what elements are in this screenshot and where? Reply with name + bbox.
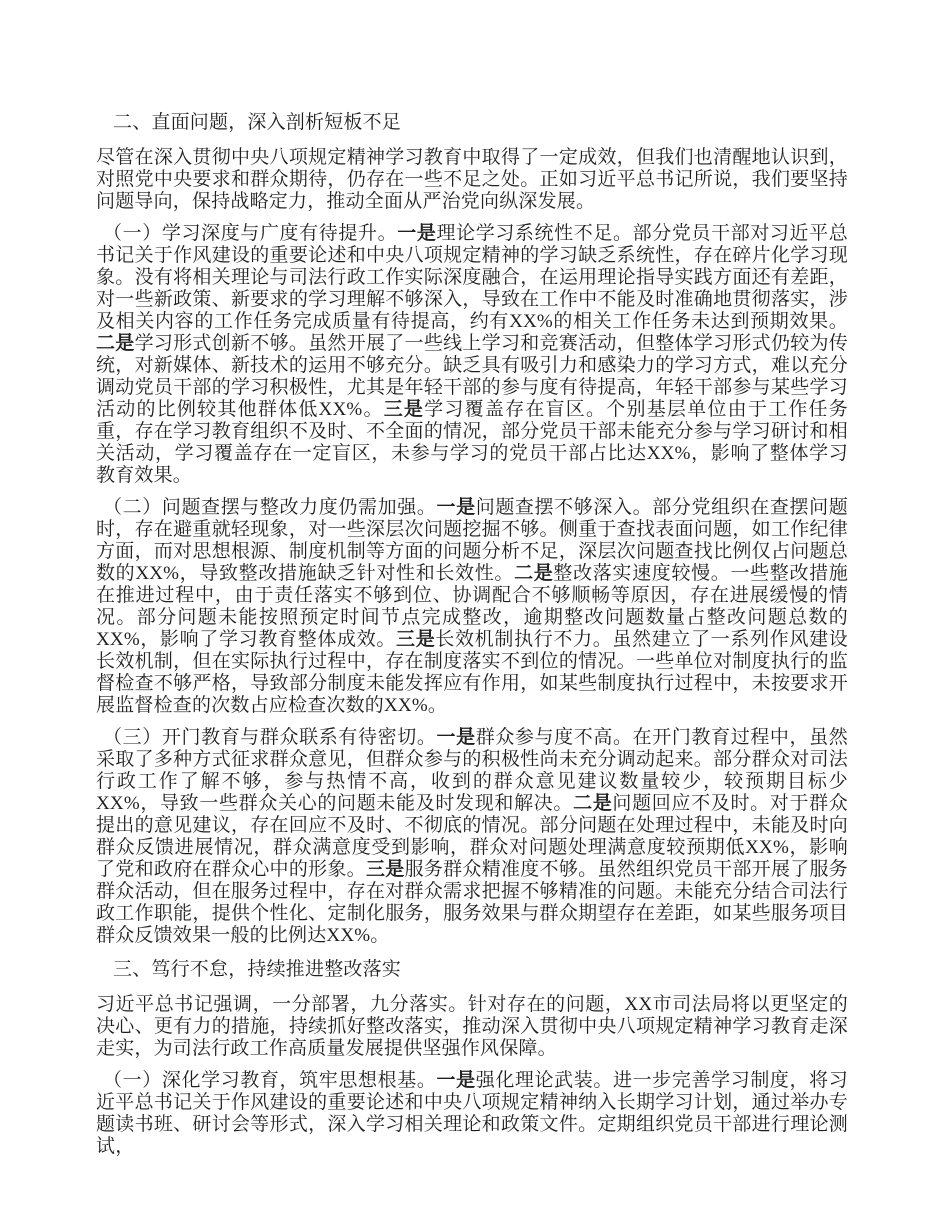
paragraph: （一）学习深度与广度有待提升。一是理论学习系统性不足。部分党员干部对习近平总书记… [96, 223, 848, 487]
text-run: （一）深化学习教育，筑牢思想根基。 [103, 1070, 436, 1091]
text-run: 二、直面问题，深入剖析短板不足 [113, 112, 401, 133]
emphasis-run: 三是 [384, 399, 424, 420]
paragraph: 习近平总书记强调，一分部署，九分落实。针对存在的问题，XX市司法局将以更坚定的决… [96, 994, 848, 1060]
emphasis-run: 三是 [396, 629, 435, 650]
text-run: （三）开门教育与群众联系有待密切。 [103, 727, 436, 748]
text-run: （二）问题查摆与整改力度仍需加强。 [103, 497, 436, 518]
paragraph: （三）开门教育与群众联系有待密切。一是群众参与度不高。在开门教育过程中，虽然采取… [96, 727, 848, 947]
emphasis-run: 一是 [436, 497, 475, 518]
emphasis-run: 三是 [366, 859, 405, 880]
document-viewport: { "page": { "background": "#ffffff", "te… [0, 0, 950, 1230]
emphasis-run: 一是 [436, 1070, 475, 1091]
section-heading: 三、笃行不怠，持续推进整改落实 [96, 959, 848, 981]
text-run: 三、笃行不怠，持续推进整改落实 [113, 959, 401, 980]
emphasis-run: 一是 [436, 727, 475, 748]
emphasis-run: 一是 [397, 223, 436, 244]
text-run: 习近平总书记强调，一分部署，九分落实。针对存在的问题，XX市司法局将以更坚定的决… [96, 994, 848, 1059]
emphasis-run: 二是 [573, 793, 612, 814]
emphasis-run: 二是 [96, 333, 135, 354]
paragraph: （一）深化学习教育，筑牢思想根基。一是强化理论武装。进一步完善学习制度，将习近平… [96, 1070, 848, 1158]
paragraph: （二）问题查摆与整改力度仍需加强。一是问题查摆不够深入。部分党组织在查摆问题时，… [96, 497, 848, 717]
text-run: 尽管在深入贯彻中央八项规定精神学习教育中取得了一定成效，但我们也清醒地认识到，对… [96, 147, 848, 212]
emphasis-run: 二是 [514, 563, 553, 584]
paragraph: 尽管在深入贯彻中央八项规定精神学习教育中取得了一定成效，但我们也清醒地认识到，对… [96, 147, 848, 213]
text-run: （一）学习深度与广度有待提升。 [103, 223, 397, 244]
document-page: 二、直面问题，深入剖析短板不足尽管在深入贯彻中央八项规定精神学习教育中取得了一定… [96, 112, 848, 1168]
section-heading: 二、直面问题，深入剖析短板不足 [96, 112, 848, 134]
